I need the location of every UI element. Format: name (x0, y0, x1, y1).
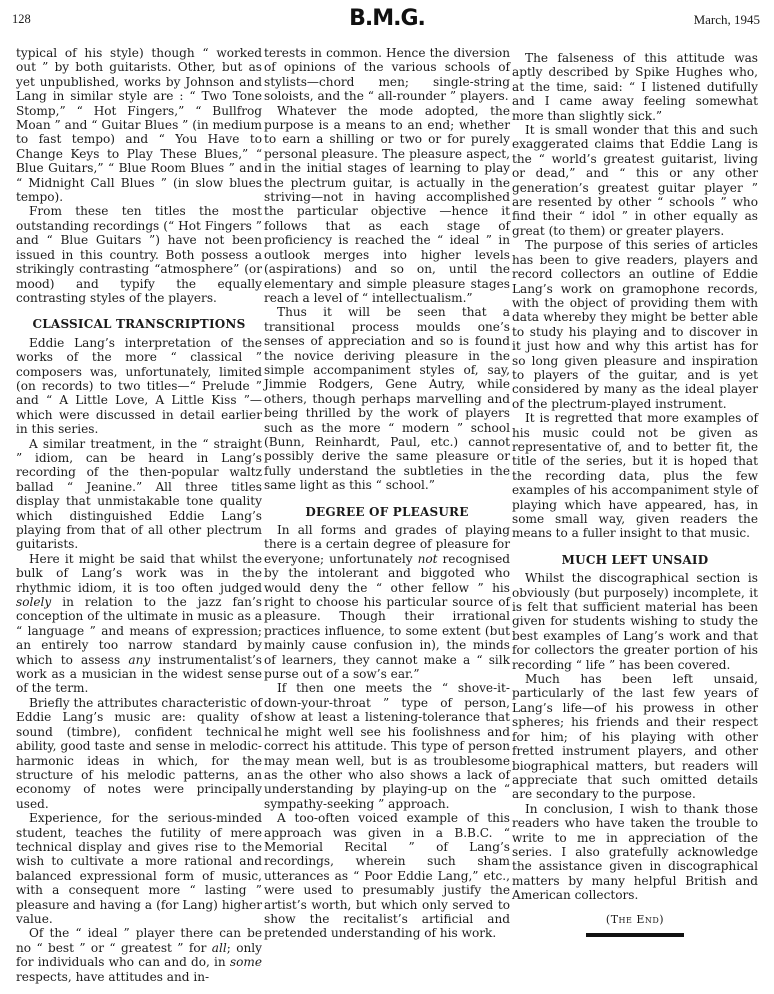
paragraph: Briefly the attributes characteristic of… (16, 696, 262, 811)
emphasis: any (128, 653, 150, 667)
the-end-text: (The End) (606, 913, 664, 926)
end-rule-divider (586, 933, 684, 937)
paragraph: typical of his style) though “ worked ou… (16, 46, 262, 204)
page-header: 128 B.M.G. March, 1945 (0, 0, 774, 40)
paragraph: In all forms and grades of playing there… (264, 523, 510, 681)
issue-date: March, 1945 (694, 12, 760, 28)
emphasis: solely (16, 595, 51, 609)
paragraph: From these ten titles the most outstandi… (16, 204, 262, 305)
column-2: terests in common. Hence the diversion o… (264, 46, 510, 941)
paragraph: It is regretted that more examples of hi… (512, 411, 758, 541)
paragraph: The falseness of this attitude was aptly… (512, 51, 758, 123)
section-heading: MUCH LEFT UNSAID (512, 553, 758, 567)
text-run: recognised by the intolerant and biggote… (264, 552, 510, 681)
emphasis: some (230, 955, 262, 969)
text-run: respects, have attitudes and in- (16, 970, 209, 984)
paragraph: It is small wonder that this and such ex… (512, 123, 758, 238)
paragraph: terests in common. Hence the diversion o… (264, 46, 510, 104)
paragraph: Eddie Lang’s interpretation of the works… (16, 336, 262, 437)
paragraph: The purpose of this series of articles h… (512, 238, 758, 411)
paragraph: Experience, for the serious-minded stude… (16, 811, 262, 926)
paragraph: Whilst the discographical section is obv… (512, 571, 758, 672)
column-3: The falseness of this attitude was aptly… (512, 51, 758, 937)
column-1: typical of his style) though “ worked ou… (16, 46, 262, 984)
text-run: Here it might be said that whilst the bu… (16, 552, 262, 595)
the-end-marker: (The End) (512, 913, 758, 927)
paragraph: A too-often voiced example of this appro… (264, 811, 510, 941)
paragraph: If then one meets the “ shove-it-down-yo… (264, 681, 510, 811)
emphasis: all (212, 941, 227, 955)
masthead-logo: B.M.G. (0, 6, 774, 31)
section-heading: DEGREE OF PLEASURE (264, 505, 510, 519)
paragraph: In conclusion, I wish to thank those rea… (512, 802, 758, 903)
paragraph: Of the “ ideal ” player there can be no … (16, 926, 262, 984)
paragraph: Whatever the mode adopted, the purpose i… (264, 104, 510, 306)
paragraph: Much has been left unsaid, particularly … (512, 672, 758, 802)
paragraph: Here it might be said that whilst the bu… (16, 552, 262, 696)
emphasis: not (418, 552, 438, 566)
paragraph: A similar treatment, in the “ straight ”… (16, 437, 262, 552)
paragraph: Thus it will be seen that a transitional… (264, 305, 510, 492)
section-heading: CLASSICAL TRANSCRIPTIONS (16, 317, 262, 331)
